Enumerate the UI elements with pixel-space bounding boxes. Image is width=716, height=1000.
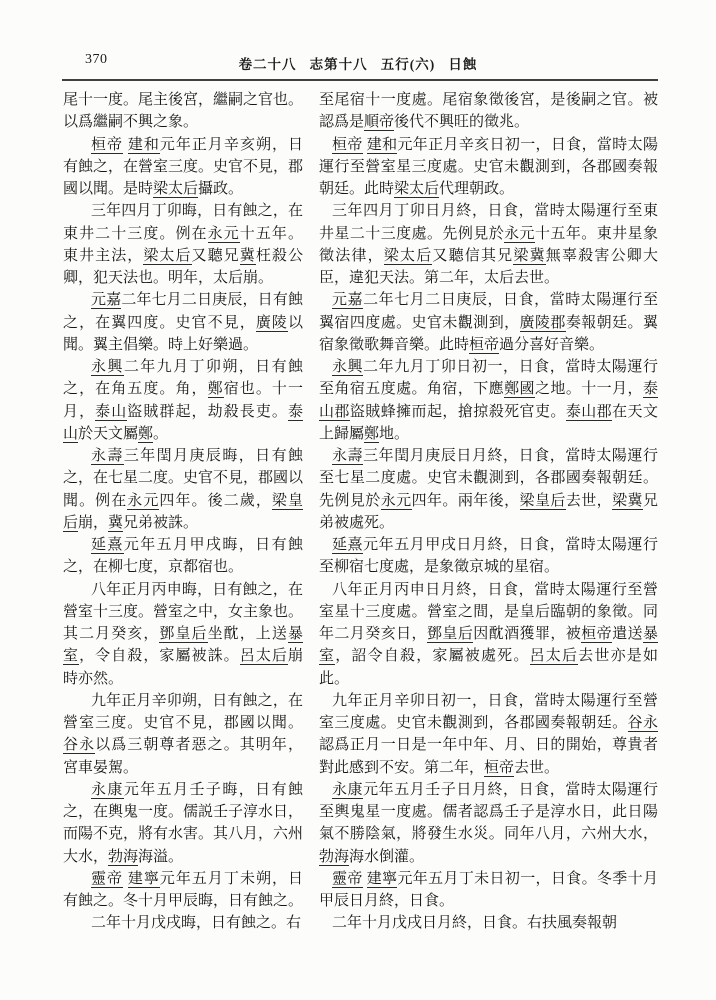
translation-paragraph: 永壽三年閏月庚辰日月終，日食，當時太陽運行至七星二度處。史官未觀測到，各郡國奏報… bbox=[319, 445, 658, 534]
classical-paragraph: 永興二年九月丁卯朔，日有蝕之，在角五度。角，鄭宿也。十一月，泰山盜賊群起，劫殺長… bbox=[63, 356, 303, 445]
translation-paragraph: 永興二年九月丁卯日初一，日食，當時太陽運行至角宿五度處。角宿，下應鄭國之地。十一… bbox=[319, 356, 658, 445]
proper-noun-underlined: 桓帝 bbox=[91, 137, 123, 154]
proper-noun-underlined: 廣陵郡 bbox=[520, 315, 566, 332]
proper-noun-underlined: 元嘉 bbox=[332, 292, 363, 309]
proper-noun-underlined: 冀 bbox=[108, 515, 123, 532]
text-run: 代理朝政。 bbox=[439, 181, 514, 197]
proper-noun-underlined: 勃海 bbox=[108, 849, 138, 866]
text-run: 又聽信其兄 bbox=[432, 248, 513, 264]
proper-noun-underlined: 梁太后 bbox=[384, 248, 433, 265]
proper-noun-underlined: 建和 bbox=[128, 137, 160, 154]
translation-paragraph: 靈帝 建寧元年五月丁未日初一，日食。冬季十月甲辰日月終，日食。 bbox=[319, 868, 658, 913]
proper-noun-underlined: 梁太后 bbox=[143, 248, 191, 265]
proper-noun-underlined: 靈帝 bbox=[91, 871, 123, 888]
proper-noun-underlined: 桓帝 bbox=[484, 760, 514, 777]
text-run: 兄弟被誅。 bbox=[123, 515, 198, 531]
proper-noun-underlined: 梁冀 bbox=[513, 248, 545, 265]
text-run: 因酖酒獲罪，被 bbox=[473, 626, 581, 642]
proper-noun-underlined: 冀 bbox=[240, 248, 256, 265]
book-page: 370 卷二十八 志第十八 五行(六) 日蝕 尾十一度。尾主後宮，繼嗣之官也。以… bbox=[0, 0, 716, 1000]
classical-paragraph: 永壽三年閏月庚辰晦，日有蝕之，在七星二度。史官不見，郡國以聞。例在永元四年。後二… bbox=[63, 445, 303, 534]
proper-noun-underlined: 梁太后 bbox=[394, 181, 439, 198]
proper-noun-underlined: 鄧皇后 bbox=[427, 626, 473, 643]
proper-noun-underlined: 延熹 bbox=[91, 537, 124, 554]
proper-noun-underlined: 呂太后 bbox=[240, 648, 288, 665]
paragraph-row: 元嘉二年七月二日庚辰，日有蝕之，在翼四度。史官不見，廣陵以聞。翼主倡樂。時上好樂… bbox=[63, 289, 658, 356]
proper-noun-underlined: 順帝 bbox=[364, 114, 394, 131]
proper-noun-underlined: 建寧 bbox=[367, 871, 398, 888]
proper-noun-underlined: 廣陵 bbox=[256, 315, 288, 332]
proper-noun-underlined: 梁太后 bbox=[153, 181, 198, 198]
classical-paragraph: 二年十月戊戌晦，日有蝕之。右 bbox=[63, 912, 303, 934]
proper-noun-underlined: 元嘉 bbox=[91, 292, 121, 309]
text-run: 盜賊蜂擁而起，搶掠殺死官吏。 bbox=[350, 404, 566, 420]
proper-noun-underlined: 桓帝 bbox=[469, 337, 499, 354]
text-run: 九年正月辛卯日初一，日食，當時太陽運行至營室三度處。史官未觀測到，各郡國奏報朝廷… bbox=[319, 693, 658, 731]
text-run: 於天文屬 bbox=[78, 426, 138, 442]
translation-paragraph: 九年正月辛卯日初一，日食，當時太陽運行至營室三度處。史官未觀測到，各郡國奏報朝廷… bbox=[319, 690, 658, 779]
classical-paragraph: 尾十一度。尾主後宮，繼嗣之官也。以爲繼嗣不興之象。 bbox=[63, 89, 303, 134]
text-run: 四年。後二歲， bbox=[159, 493, 271, 509]
proper-noun-underlined: 靈帝 bbox=[332, 871, 363, 888]
text-run: 。 bbox=[153, 426, 168, 442]
classical-paragraph: 靈帝 建寧元年五月丁未朔，日有蝕之。冬十月甲辰晦，日有蝕之。 bbox=[63, 868, 303, 913]
translation-paragraph: 二年十月戊戌日月終，日食。右扶風奏報朝 bbox=[319, 912, 658, 934]
text-run: 二年十月戊戌日月終，日食。右扶風奏報朝 bbox=[332, 915, 617, 931]
paragraph-row: 桓帝 建和元年正月辛亥朔，日有蝕之，在營室三度。史官不見，郡國以聞。是時梁太后攝… bbox=[63, 134, 658, 201]
classical-paragraph: 八年正月丙申晦，日有蝕之，在營室十三度。營室之中，女主象也。其二月癸亥，鄧皇后坐… bbox=[63, 579, 303, 690]
classical-paragraph: 桓帝 建和元年正月辛亥朔，日有蝕之，在營室三度。史官不見，郡國以聞。是時梁太后攝… bbox=[63, 134, 303, 201]
proper-noun-underlined: 桓帝 bbox=[332, 137, 363, 154]
paragraph-row: 二年十月戊戌晦，日有蝕之。右 二年十月戊戌日月終，日食。右扶風奏報朝 bbox=[63, 912, 658, 934]
proper-noun-underlined: 永元 bbox=[504, 226, 535, 243]
running-header: 卷二十八 志第十八 五行(六) 日蝕 bbox=[0, 53, 716, 73]
proper-noun-underlined: 梁皇后 bbox=[520, 493, 566, 510]
text-run: 地。 bbox=[379, 426, 409, 442]
proper-noun-underlined: 泰山郡 bbox=[566, 404, 612, 421]
classical-paragraph: 元嘉二年七月二日庚辰，日有蝕之，在翼四度。史官不見，廣陵以聞。翼主倡樂。時上好樂… bbox=[63, 289, 303, 356]
text-run: 之地。十一月， bbox=[535, 381, 643, 397]
proper-noun-underlined: 建和 bbox=[367, 137, 398, 154]
text-run: 後代不興旺的徵兆。 bbox=[394, 114, 529, 130]
paragraph-row: 永康元年五月壬子晦，日有蝕之，在輿鬼一度。儒説壬子淳水日，而陽不克，將有水害。其… bbox=[63, 779, 658, 868]
header-rule bbox=[62, 79, 658, 81]
proper-noun-underlined: 桓帝 bbox=[581, 626, 612, 643]
text-run: 過分喜好音樂。 bbox=[499, 337, 604, 353]
text-run: 又聽兄 bbox=[192, 248, 240, 264]
text-run: 元年五月甲戌日月終，日食，當時太陽運行至柳宿七度處，是象徵京城的星宿。 bbox=[319, 537, 658, 575]
paragraph-row: 靈帝 建寧元年五月丁未朔，日有蝕之。冬十月甲辰晦，日有蝕之。 靈帝 建寧元年五月… bbox=[63, 868, 658, 913]
paragraph-row: 永壽三年閏月庚辰晦，日有蝕之，在七星二度。史官不見，郡國以聞。例在永元四年。後二… bbox=[63, 445, 658, 534]
text-run: 崩， bbox=[78, 515, 108, 531]
proper-noun-underlined: 鄭 bbox=[364, 426, 379, 443]
text-run: ，令自殺，家屬被誅。 bbox=[79, 648, 240, 664]
paragraph-row: 延熹元年五月甲戌晦，日有蝕之，在柳七度，京都宿也。 延熹元年五月甲戌日月終，日食… bbox=[63, 534, 658, 579]
proper-noun-underlined: 勃海 bbox=[319, 849, 349, 866]
text-run: 攝政。 bbox=[198, 181, 243, 197]
proper-noun-underlined: 永壽 bbox=[91, 448, 124, 465]
proper-noun-underlined: 谷永 bbox=[628, 715, 658, 732]
proper-noun-underlined: 建寧 bbox=[128, 871, 160, 888]
text-run: 尾十一度。尾主後宮，繼嗣之官也。以爲繼嗣不興之象。 bbox=[63, 92, 303, 130]
paragraph-row: 尾十一度。尾主後宮，繼嗣之官也。以爲繼嗣不興之象。 至尾宿十一度處。尾宿象徵後宮… bbox=[63, 89, 658, 134]
proper-noun-underlined: 鄧皇后 bbox=[159, 626, 207, 643]
text-run: 海溢。 bbox=[138, 849, 183, 865]
text-run: 四年。兩年後， bbox=[412, 493, 520, 509]
proper-noun-underlined: 鄭 bbox=[138, 426, 153, 443]
text-run: 海水倒灌。 bbox=[349, 849, 424, 865]
translation-paragraph: 桓帝 建和元年正月辛亥日初一，日食，當時太陽運行至營室星三度處。史官未觀測到，各… bbox=[319, 134, 658, 201]
proper-noun-underlined: 谷永 bbox=[63, 737, 95, 754]
translation-paragraph: 三年四月丁卯日月終，日食，當時太陽運行至東井星二十三度處。先例見於永元十五年。東… bbox=[319, 200, 658, 289]
text-run: 遣送 bbox=[612, 626, 643, 642]
text-run: 以爲三朝尊者惡之。其明年，宮車晏駕。 bbox=[63, 737, 303, 775]
proper-noun-underlined: 泰山 bbox=[95, 404, 127, 421]
proper-noun-underlined: 永壽 bbox=[332, 448, 363, 465]
paragraph-row: 三年四月丁卯晦，日有蝕之，在東井二十三度。例在永元十五年。東井主法，梁太后又聽兄… bbox=[63, 200, 658, 289]
paragraph-row: 九年正月辛卯朔，日有蝕之，在營室三度。史官不見，郡國以聞。谷永以爲三朝尊者惡之。… bbox=[63, 690, 658, 779]
paragraph-row: 八年正月丙申晦，日有蝕之，在營室十三度。營室之中，女主象也。其二月癸亥，鄧皇后坐… bbox=[63, 579, 658, 690]
classical-paragraph: 三年四月丁卯晦，日有蝕之，在東井二十三度。例在永元十五年。東井主法，梁太后又聽兄… bbox=[63, 200, 303, 289]
classical-paragraph: 九年正月辛卯朔，日有蝕之，在營室三度。史官不見，郡國以聞。谷永以爲三朝尊者惡之。… bbox=[63, 690, 303, 779]
proper-noun-underlined: 鄭 bbox=[208, 381, 224, 398]
text-run: 九年正月辛卯朔，日有蝕之，在營室三度。史官不見，郡國以聞。 bbox=[63, 693, 303, 731]
text-run: 去世， bbox=[566, 493, 612, 509]
translation-paragraph: 八年正月丙申日月終，日食，當時太陽運行至營室星十三度處。營室之間，是皇后臨朝的象… bbox=[319, 579, 658, 690]
text-run: 坐酖，上送 bbox=[208, 626, 288, 642]
proper-noun-underlined: 永元 bbox=[208, 226, 240, 243]
text-run: 盜賊群起，劫殺長吏。 bbox=[127, 404, 288, 420]
translation-paragraph: 永康元年五月壬子日月終，日食，當時太陽運行至輿鬼星一度處。儒者認爲壬子是淳水日，… bbox=[319, 779, 658, 868]
text-run: 去世。 bbox=[514, 760, 559, 776]
proper-noun-underlined: 梁冀 bbox=[612, 493, 643, 510]
text-run: 元年五月壬子日月終，日食，當時太陽運行至輿鬼星一度處。儒者認爲壬子是淳水日，此日… bbox=[319, 782, 658, 843]
text-run: ，詔令自殺，家屬被處死。 bbox=[335, 648, 529, 664]
proper-noun-underlined: 呂太后 bbox=[530, 648, 579, 665]
proper-noun-underlined: 永元 bbox=[381, 493, 412, 510]
proper-noun-underlined: 永元 bbox=[127, 493, 159, 510]
proper-noun-underlined: 永康 bbox=[91, 782, 124, 799]
translation-paragraph: 至尾宿十一度處。尾宿象徵後宮，是後嗣之官。被認爲是順帝後代不興旺的徵兆。 bbox=[319, 89, 658, 134]
proper-noun-underlined: 鄭國 bbox=[504, 381, 535, 398]
translation-paragraph: 元嘉二年七月二日庚辰，日食，當時太陽運行至翼宿四度處。史官未觀測到，廣陵郡奏報朝… bbox=[319, 289, 658, 356]
classical-paragraph: 永康元年五月壬子晦，日有蝕之，在輿鬼一度。儒説壬子淳水日，而陽不克，將有水害。其… bbox=[63, 779, 303, 868]
paragraph-row: 永興二年九月丁卯朔，日有蝕之，在角五度。角，鄭宿也。十一月，泰山盜賊群起，劫殺長… bbox=[63, 356, 658, 445]
proper-noun-underlined: 永興 bbox=[332, 359, 363, 376]
proper-noun-underlined: 延熹 bbox=[332, 537, 363, 554]
classical-paragraph: 延熹元年五月甲戌晦，日有蝕之，在柳七度，京都宿也。 bbox=[63, 534, 303, 579]
proper-noun-underlined: 永興 bbox=[91, 359, 124, 376]
translation-paragraph: 延熹元年五月甲戌日月終，日食，當時太陽運行至柳宿七度處，是象徵京城的星宿。 bbox=[319, 534, 658, 579]
text-run: 二年十月戊戌晦，日有蝕之。右 bbox=[91, 915, 301, 931]
two-column-text: 尾十一度。尾主後宮，繼嗣之官也。以爲繼嗣不興之象。 至尾宿十一度處。尾宿象徵後宮… bbox=[63, 89, 658, 935]
proper-noun-underlined: 永康 bbox=[332, 782, 363, 799]
